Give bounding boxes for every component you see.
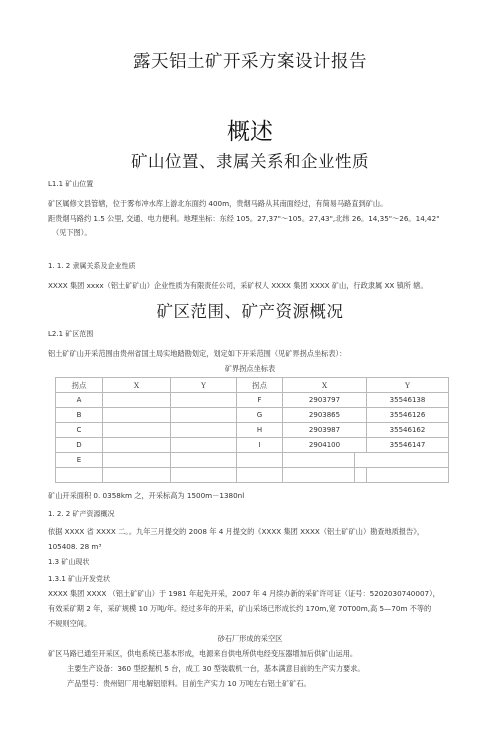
paragraph-equipment: 主要生产设备：360 型挖掘机 5 台，成工 30 型装载机一台，基本满意目前的… [67,664,365,674]
cell-y: 35546126 [367,408,449,423]
section-title-mining-area: 矿区范围、矿产资源概况 [0,298,500,322]
paragraph-status-line1: XXXX 集团 XXXX （铝土矿矿山）于 1981 年起先开采，2007 年 … [48,589,440,599]
cell-y [171,438,237,453]
boundary-coordinate-table: 拐点 X Y 拐点 X Y A F 2903797 35546138 B G 2… [55,377,449,483]
table-row [56,468,449,483]
cell-point [237,468,283,483]
paragraph-mining-area-size: 矿山开采面积 0. 0358km 之，开采标高为 1500m－1380nl [48,491,244,501]
cell-point [237,453,283,468]
cell-x [103,468,171,483]
cell-x [103,453,171,468]
cell-y: 35546147 [367,438,449,453]
cell-x: 2903797 [283,393,367,408]
document-title: 露天铝土矿开采方案设计报告 [0,48,500,73]
paragraph-status-line2: 有效采矿期 2 年，采矿规模 10 万吨/年。经过多年的开采，矿山采场已形成长约… [48,604,431,614]
cell-point: D [56,438,103,453]
cell-point: A [56,393,103,408]
cell-y [171,453,237,468]
paragraph-status-line3: 不规则空间。 [48,619,91,629]
cell-point: C [56,423,103,438]
paragraph-affiliation: XXXX 集团 xxxx（铝土矿矿山）企业性质为有限责任公司，采矿权人 XXXX… [48,281,428,291]
paragraph-mining-area: 铝土矿矿山开采范围由贵州省国土局实地踏勘划定，划定如下开采范围（见矿界拐点坐标表… [48,349,346,359]
paragraph-resources-line1: 依据 XXXX 省 XXXX 二。。九年三月提交的 2008 年 4 月提交的《… [48,527,424,537]
subheading-resources: 1. 2. 2 矿产资源概况 [48,509,115,519]
cell-y [171,468,237,483]
cell-y [171,423,237,438]
cell-point: I [237,438,283,453]
paragraph-products: 产品型号：贵州铝厂用电解铝原料。目前生产实力 10 万吨左右铝土矿矿石。 [67,679,311,689]
cell-spacer [355,468,367,483]
cell-y: 35546162 [367,423,449,438]
cell-x [103,423,171,438]
cell-x: 2904100 [283,438,367,453]
paragraph-infrastructure: 矿区马路已通至开采区，供电系统已基本形成，电源来自供电所供电经变压器增加后供矿山… [48,649,357,659]
cell-x [103,438,171,453]
cell-x [103,408,171,423]
subheading-development-status: 1.3.1 矿山开发党状 [48,574,110,584]
header-y-right: Y [367,378,449,393]
cell-y [171,408,237,423]
paragraph-location-line3: （见下图）。 [52,228,92,238]
figure-caption: 砂石厂形成的采空区 [0,634,500,644]
table-row: A F 2903797 35546138 [56,393,449,408]
subheading-mine-location: L1.1 矿山位置 [48,179,93,189]
subheading-mining-area: L2.1 矿区范围 [48,329,93,339]
cell-y [367,468,449,483]
cell-point: H [237,423,283,438]
cell-point: F [237,393,283,408]
cell-x: 2903987 [283,423,367,438]
cell-x: 2903865 [283,408,367,423]
header-x-right: X [283,378,367,393]
cell-x [283,468,355,483]
table-row: C H 2903987 35546162 [56,423,449,438]
subheading-mine-status: 1.3 矿山现状 [48,557,89,567]
cell-x [103,393,171,408]
cell-x [283,453,355,468]
header-y-left: Y [171,378,237,393]
subheading-affiliation: 1. 1. 2 隶属关系及企业性质 [48,261,136,271]
table-row: D I 2904100 35546147 [56,438,449,453]
paragraph-location-line2: 距贵烟马路约 1.5 公里, 交通、电力便利。地理坐标：东经 105。27,37… [48,214,440,224]
cell-y [171,393,237,408]
cell-point: B [56,408,103,423]
cell-point [56,468,103,483]
cell-y [355,453,449,468]
table-row: B G 2903865 35546126 [56,408,449,423]
header-point-left: 拐点 [56,378,103,393]
table-header-row: 拐点 X Y 拐点 X Y [56,378,449,393]
header-point-right: 拐点 [237,378,283,393]
paragraph-location-line1: 矿区属修文县管辖，位于雾布冲水库上游北东面约 400m，贵烟马路从其南面经过，有… [48,199,387,209]
cell-y: 35546138 [367,393,449,408]
table-row: E [56,453,449,468]
cell-point: G [237,408,283,423]
paragraph-resources-line2: 105408. 28 m³ [48,542,101,551]
cell-point: E [56,453,103,468]
header-x-left: X [103,378,171,393]
table-caption: 矿界拐点坐标表 [0,364,500,374]
chapter-title: 概述 [0,113,500,146]
section-title-location: 矿山位置、隶属关系和企业性质 [0,148,500,172]
